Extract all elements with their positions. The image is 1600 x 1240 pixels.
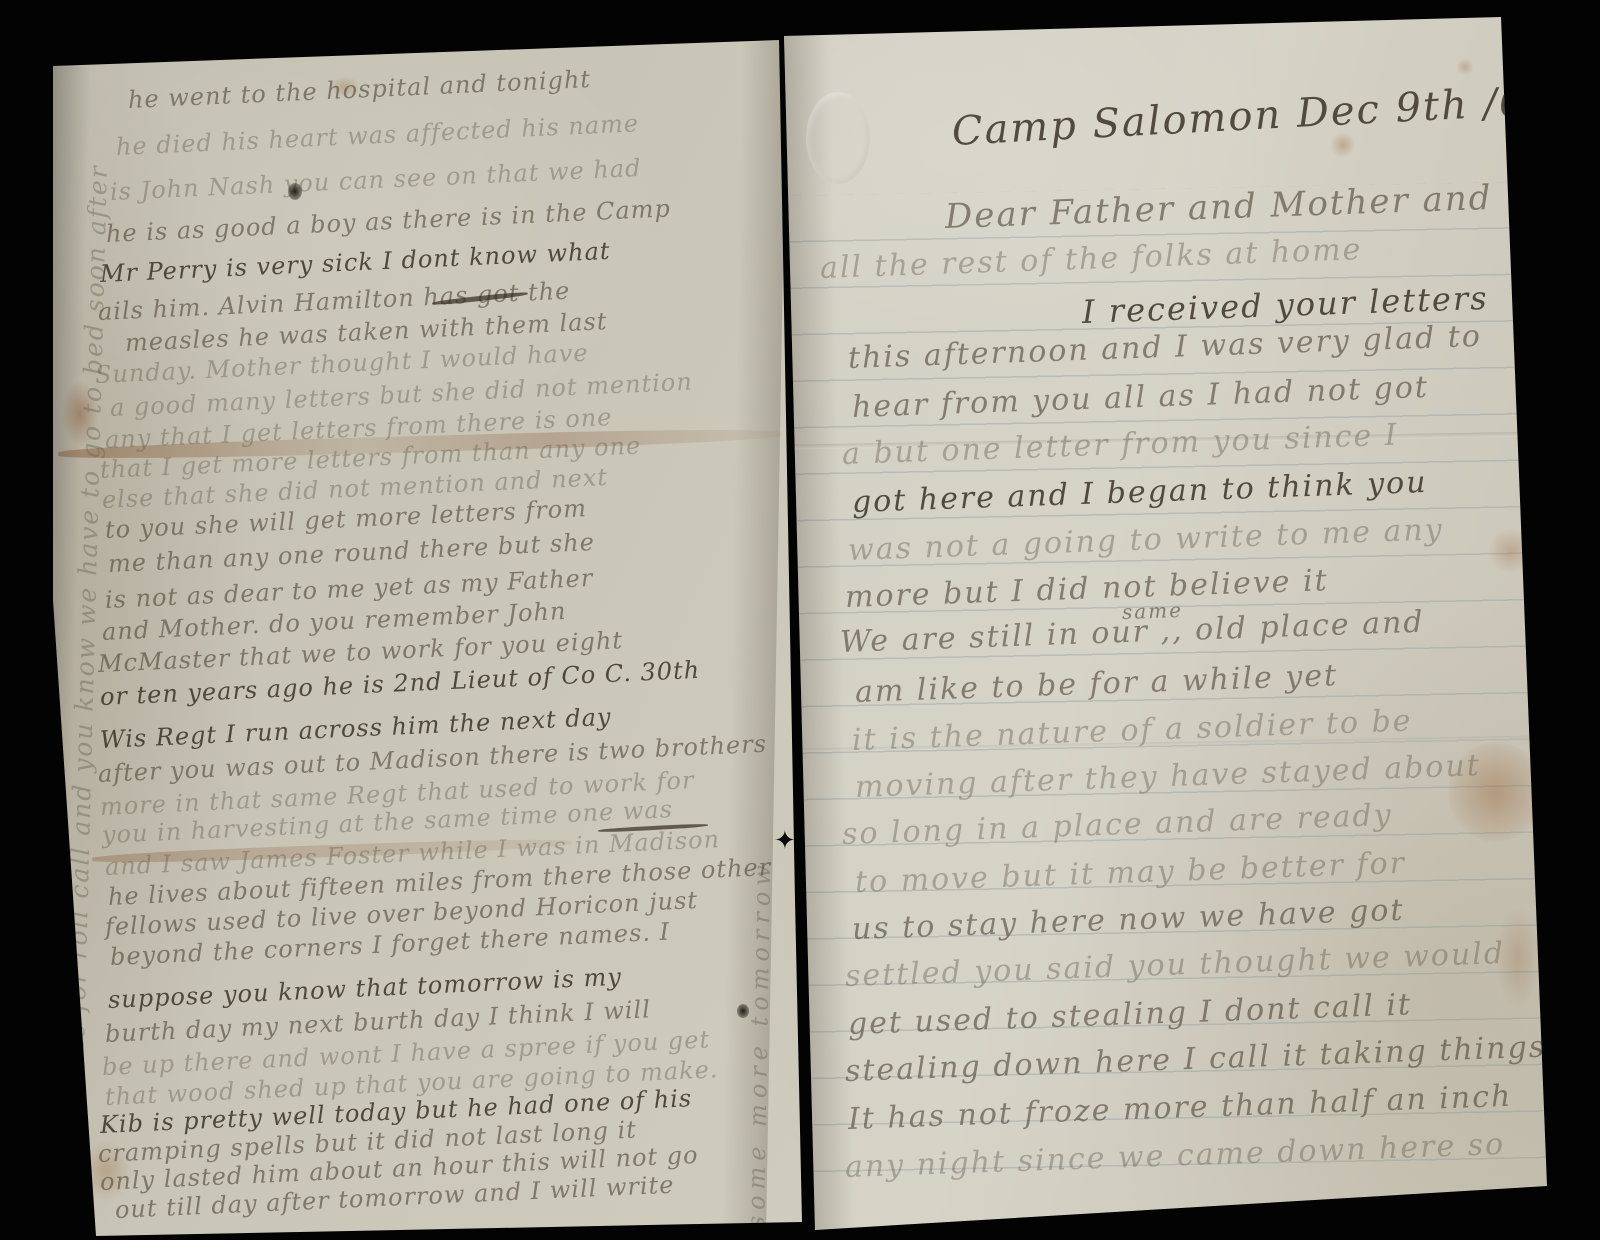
letter-photo: he went to the hospital and tonighthe di… — [0, 0, 1600, 1240]
ink-blot — [737, 1004, 749, 1018]
handwritten-line: he went to the hospital and tonight — [127, 67, 591, 112]
star-mark: ✦ — [774, 828, 796, 854]
embossed-seal — [806, 92, 870, 184]
handwritten-line: Camp Salomon Dec 9th /62 — [951, 80, 1555, 151]
ink-blot — [288, 183, 302, 200]
fold-note-vertical: some more tomorrow — [744, 859, 774, 1228]
stain — [1456, 58, 1474, 76]
stain — [1488, 528, 1534, 574]
handwritten-line: is John Nash you can see on that we had — [109, 156, 641, 204]
handwritten-line: he died his heart was affected his name — [115, 111, 639, 159]
stain — [1330, 132, 1356, 158]
